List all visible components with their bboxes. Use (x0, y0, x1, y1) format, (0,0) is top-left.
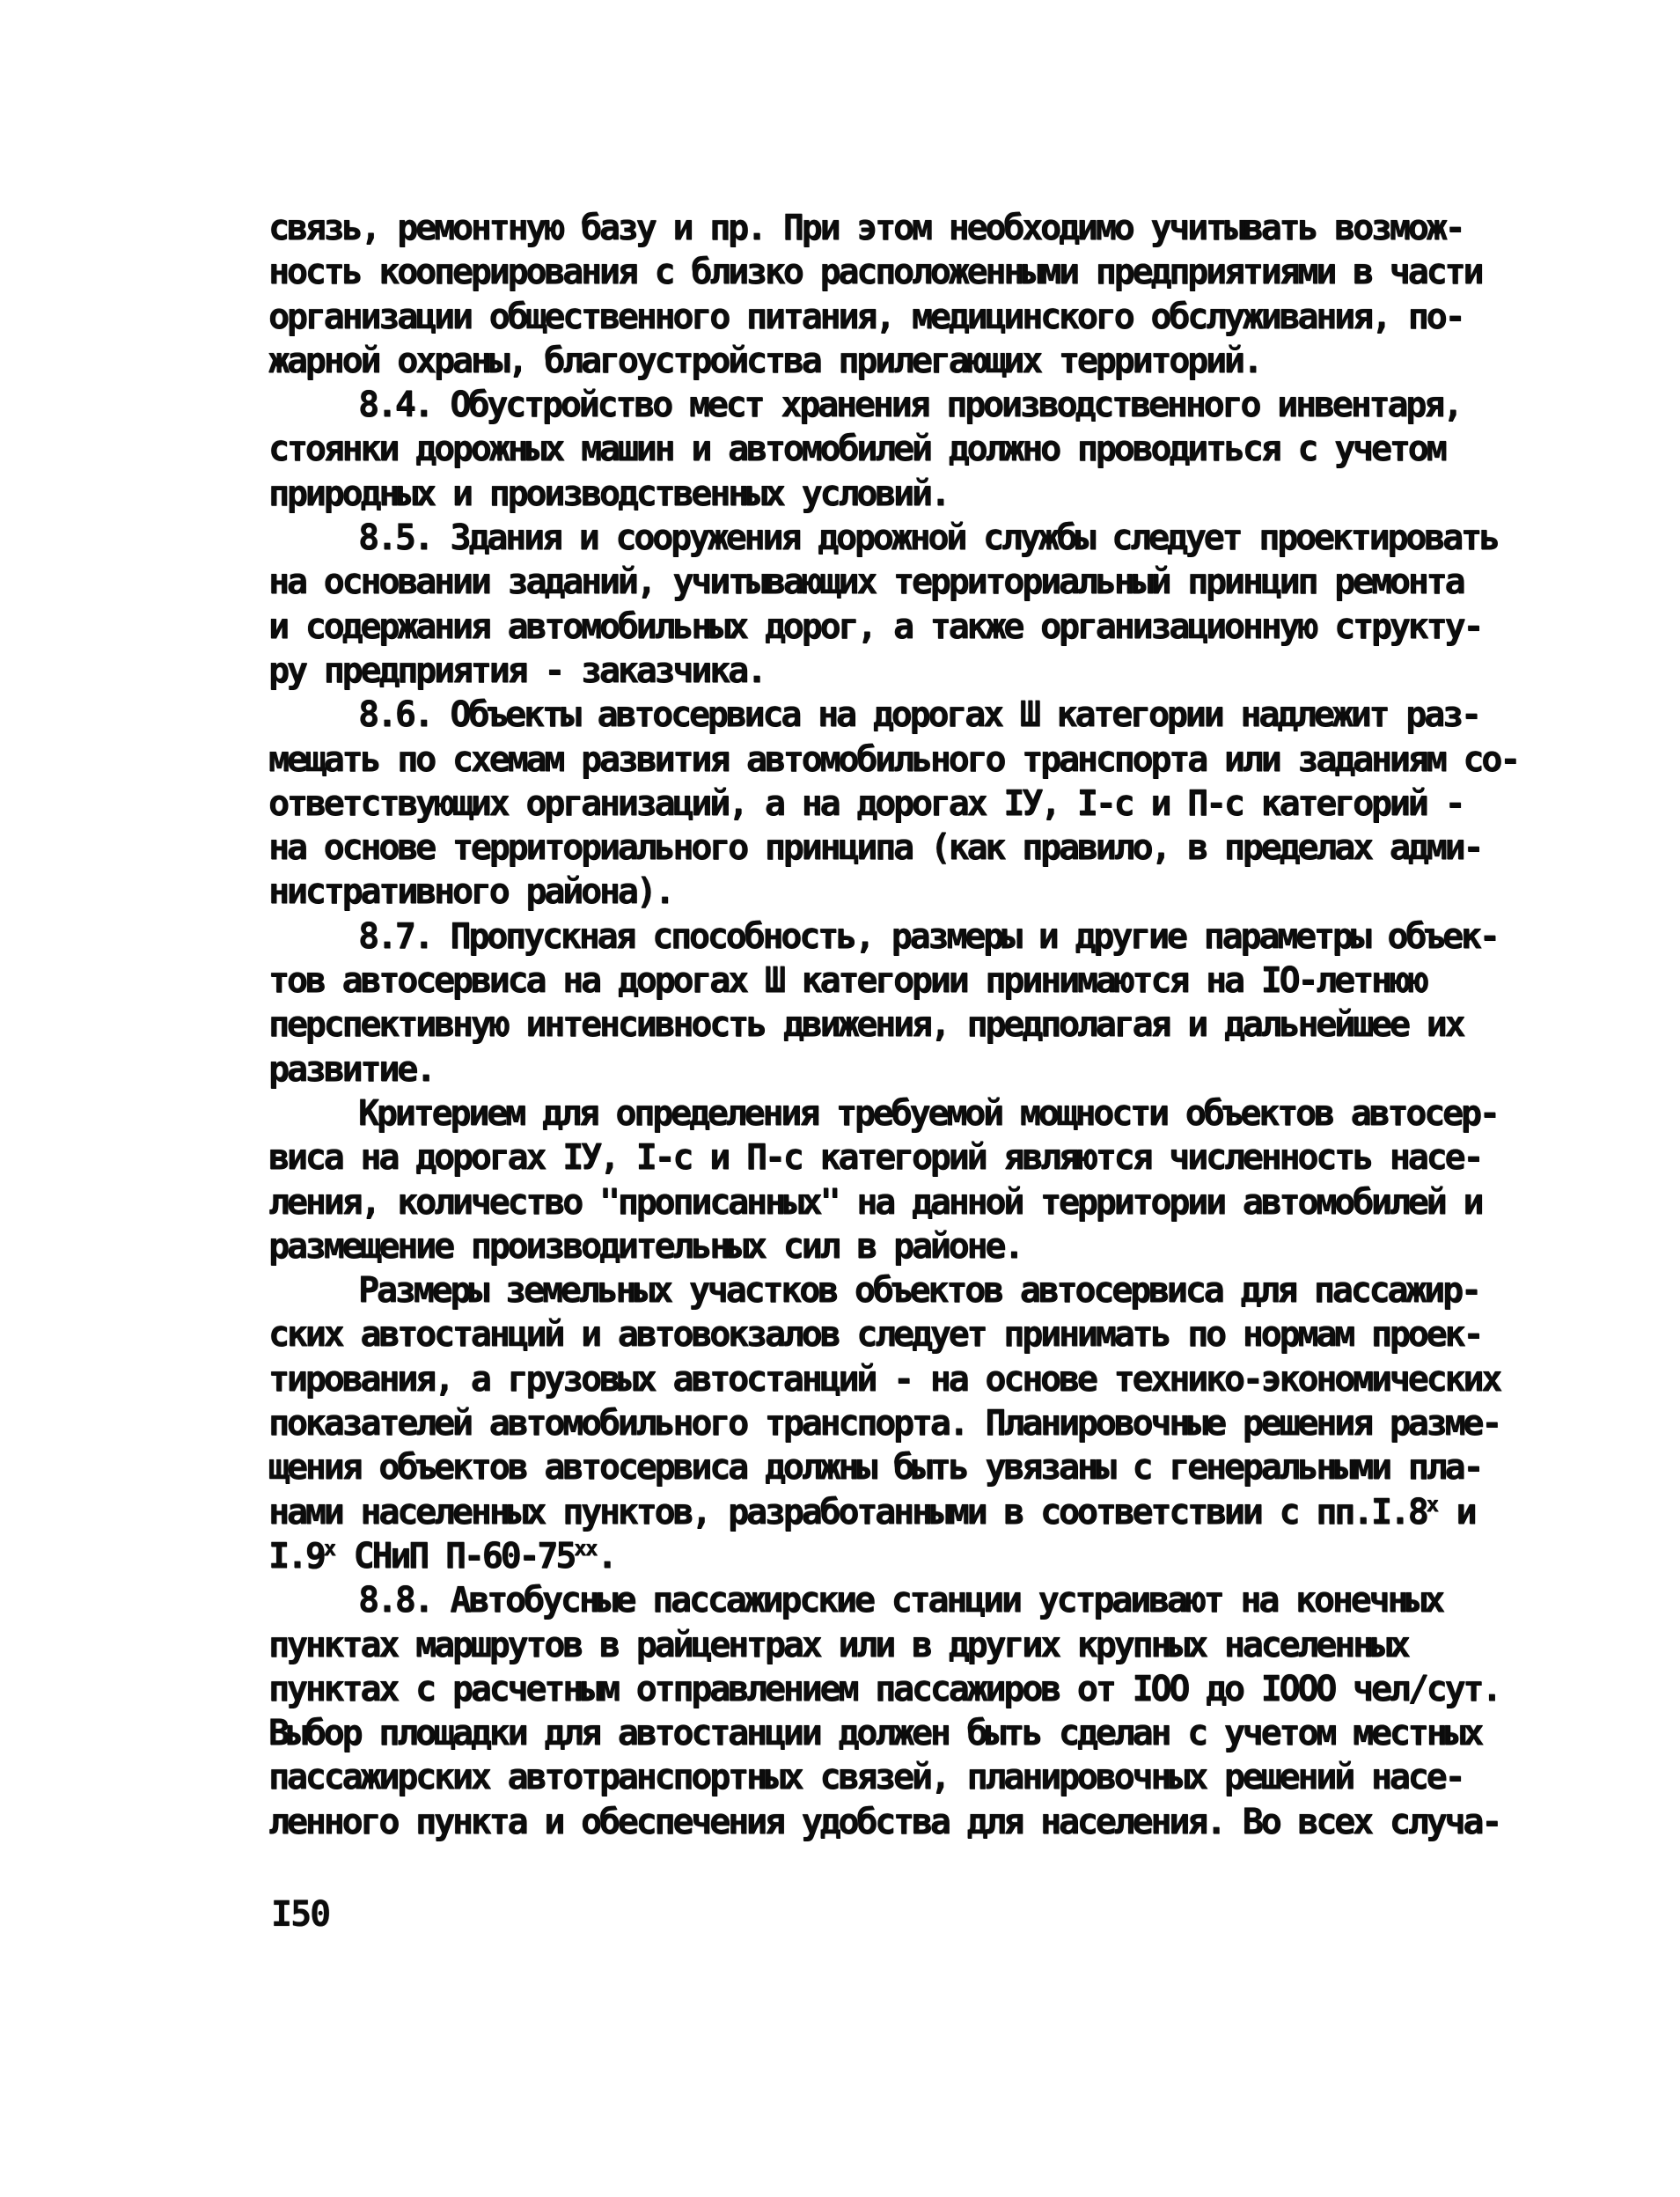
document-page: связь, ремонтную базу и пр. При этом нео… (0, 0, 1680, 2197)
text-line: показателей автомобильного транспорта. П… (268, 1401, 1518, 1445)
text-line: и содержания автомобильных дорог, а такж… (268, 605, 1518, 649)
footnote-marker: х (1427, 1492, 1438, 1517)
text-line: пунктах с расчетным отправлением пассажи… (268, 1667, 1518, 1711)
text-line: I.9х СНиП П-60-75хх. (268, 1534, 1518, 1578)
text-line: тов автосервиса на дорогах Ш категории п… (268, 959, 1518, 1003)
text-line: ру предприятия - заказчика. (268, 649, 1518, 693)
text-line: 8.6. Объекты автосервиса на дорогах Ш ка… (268, 693, 1518, 737)
text-line: организации общественного питания, медиц… (268, 295, 1518, 339)
text-line: тирования, а грузовых автостанций - на о… (268, 1357, 1518, 1401)
text-line: 8.8. Автобусные пассажирские станции уст… (268, 1578, 1518, 1622)
text-line: 8.7. Пропускная способность, размеры и д… (268, 915, 1518, 959)
text-line: связь, ремонтную базу и пр. При этом нео… (268, 206, 1518, 250)
paragraph: 8.5. Здания и сооружения дорожной службы… (268, 516, 1518, 693)
text-line: ность кооперирования с близко расположен… (268, 250, 1518, 294)
text-line: ления, количество "прописанных" на данно… (268, 1180, 1518, 1224)
footnote-marker: х (324, 1536, 335, 1561)
text-line: виса на дорогах IУ, I-с и П-с категорий … (268, 1135, 1518, 1179)
text-line: стоянки дорожных машин и автомобилей дол… (268, 427, 1518, 471)
paragraph: 8.6. Объекты автосервиса на дорогах Ш ка… (268, 693, 1518, 914)
paragraph: Размеры земельных участков объектов авто… (268, 1268, 1518, 1578)
text-line: нами населенных пунктов, разработанными … (268, 1490, 1518, 1534)
text-line: развитие. (268, 1047, 1518, 1091)
text-line: 8.5. Здания и сооружения дорожной службы… (268, 516, 1518, 560)
text-line: размещение производительных сил в районе… (268, 1224, 1518, 1268)
text-line: ских автостанций и автовокзалов следует … (268, 1312, 1518, 1356)
document-body: связь, ремонтную базу и пр. При этом нео… (268, 206, 1518, 1844)
text-line: Размеры земельных участков объектов авто… (268, 1268, 1518, 1312)
paragraph: Критерием для определения требуемой мощн… (268, 1091, 1518, 1268)
paragraph: 8.8. Автобусные пассажирские станции уст… (268, 1578, 1518, 1844)
text-line: ленного пункта и обеспечения удобства дл… (268, 1800, 1518, 1844)
text-line: ответствующих организаций, а на дорогах … (268, 782, 1518, 826)
text-line: пассажирских автотранспортных связей, пл… (268, 1755, 1518, 1799)
paragraph: 8.7. Пропускная способность, размеры и д… (268, 915, 1518, 1091)
text-line: 8.4. Обустройство мест хранения производ… (268, 383, 1518, 427)
text-line: щения объектов автосервиса должны быть у… (268, 1445, 1518, 1489)
text-line: нистративного района). (268, 870, 1518, 914)
text-line: на основании заданий, учитывающих террит… (268, 560, 1518, 604)
text-line: Критерием для определения требуемой мощн… (268, 1091, 1518, 1135)
text-line: Выбор площадки для автостанции должен бы… (268, 1711, 1518, 1755)
footnote-marker: хх (574, 1536, 597, 1561)
paragraph: связь, ремонтную базу и пр. При этом нео… (268, 206, 1518, 383)
text-line: мещать по схемам развития автомобильного… (268, 738, 1518, 782)
text-line: на основе территориального принципа (как… (268, 826, 1518, 870)
text-line: природных и производственных условий. (268, 472, 1518, 516)
text-line: перспективную интенсивность движения, пр… (268, 1003, 1518, 1047)
text-line: жарной охраны, благоустройства прилегающ… (268, 339, 1518, 383)
text-line: пунктах маршрутов в райцентрах или в дру… (268, 1623, 1518, 1667)
paragraph: 8.4. Обустройство мест хранения производ… (268, 383, 1518, 516)
page-number: I50 (271, 1894, 329, 1935)
